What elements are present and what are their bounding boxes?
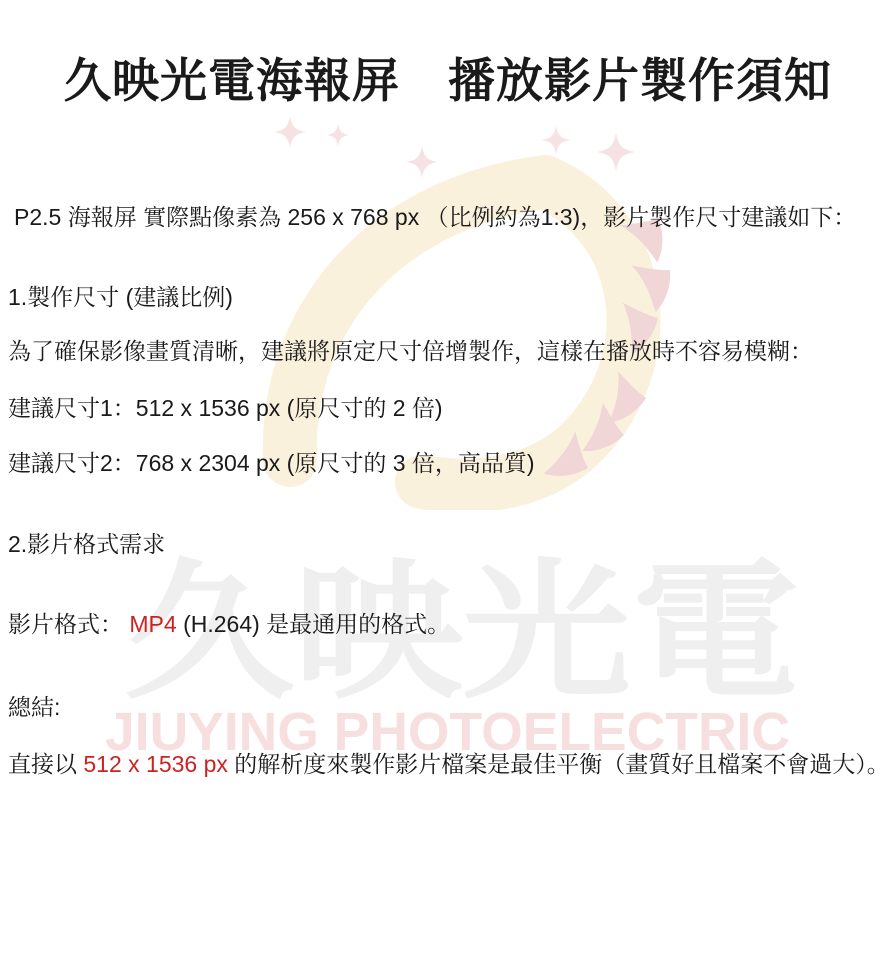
video-format-line: 影片格式： MP4 (H.264) 是最通用的格式。 [8, 610, 450, 640]
summary-suffix: 的解析度來製作影片檔案是最佳平衡（畫質好且檔案不會過大）。 [228, 751, 890, 777]
video-format-highlight: MP4 [129, 611, 176, 637]
video-format-label: 影片格式： [8, 611, 129, 637]
video-format-rest: (H.264) 是最通用的格式。 [177, 611, 450, 637]
intro-line: P2.5 海報屏 實際點像素為 256 x 768 px （比例約為1:3)，影… [14, 203, 856, 233]
section2-heading: 2.影片格式需求 [8, 530, 165, 560]
document-page: 久映光電 JIUYING PHOTOELECTRIC 久映光電海報屏 播放影片製… [0, 0, 896, 960]
summary-prefix: 直接以 [8, 751, 83, 777]
page-title: 久映光電海報屏 播放影片製作須知 [0, 50, 896, 111]
summary-heading: 總結: [8, 693, 60, 723]
summary-resolution-highlight: 512 x 1536 px [83, 751, 228, 777]
suggested-size-2-line: 建議尺寸2：768 x 2304 px (原尺寸的 3 倍，高品質) [8, 449, 535, 479]
sparkle-icon [274, 116, 635, 178]
section1-heading: 1.製作尺寸 (建議比例) [8, 283, 233, 313]
summary-line: 直接以 512 x 1536 px 的解析度來製作影片檔案是最佳平衡（畫質好且檔… [8, 750, 890, 780]
section1-description: 為了確保影像畫質清晰，建議將原定尺寸倍增製作，這樣在播放時不容易模糊： [8, 337, 813, 367]
suggested-size-1-line: 建議尺寸1：512 x 1536 px (原尺寸的 2 倍) [8, 394, 443, 424]
